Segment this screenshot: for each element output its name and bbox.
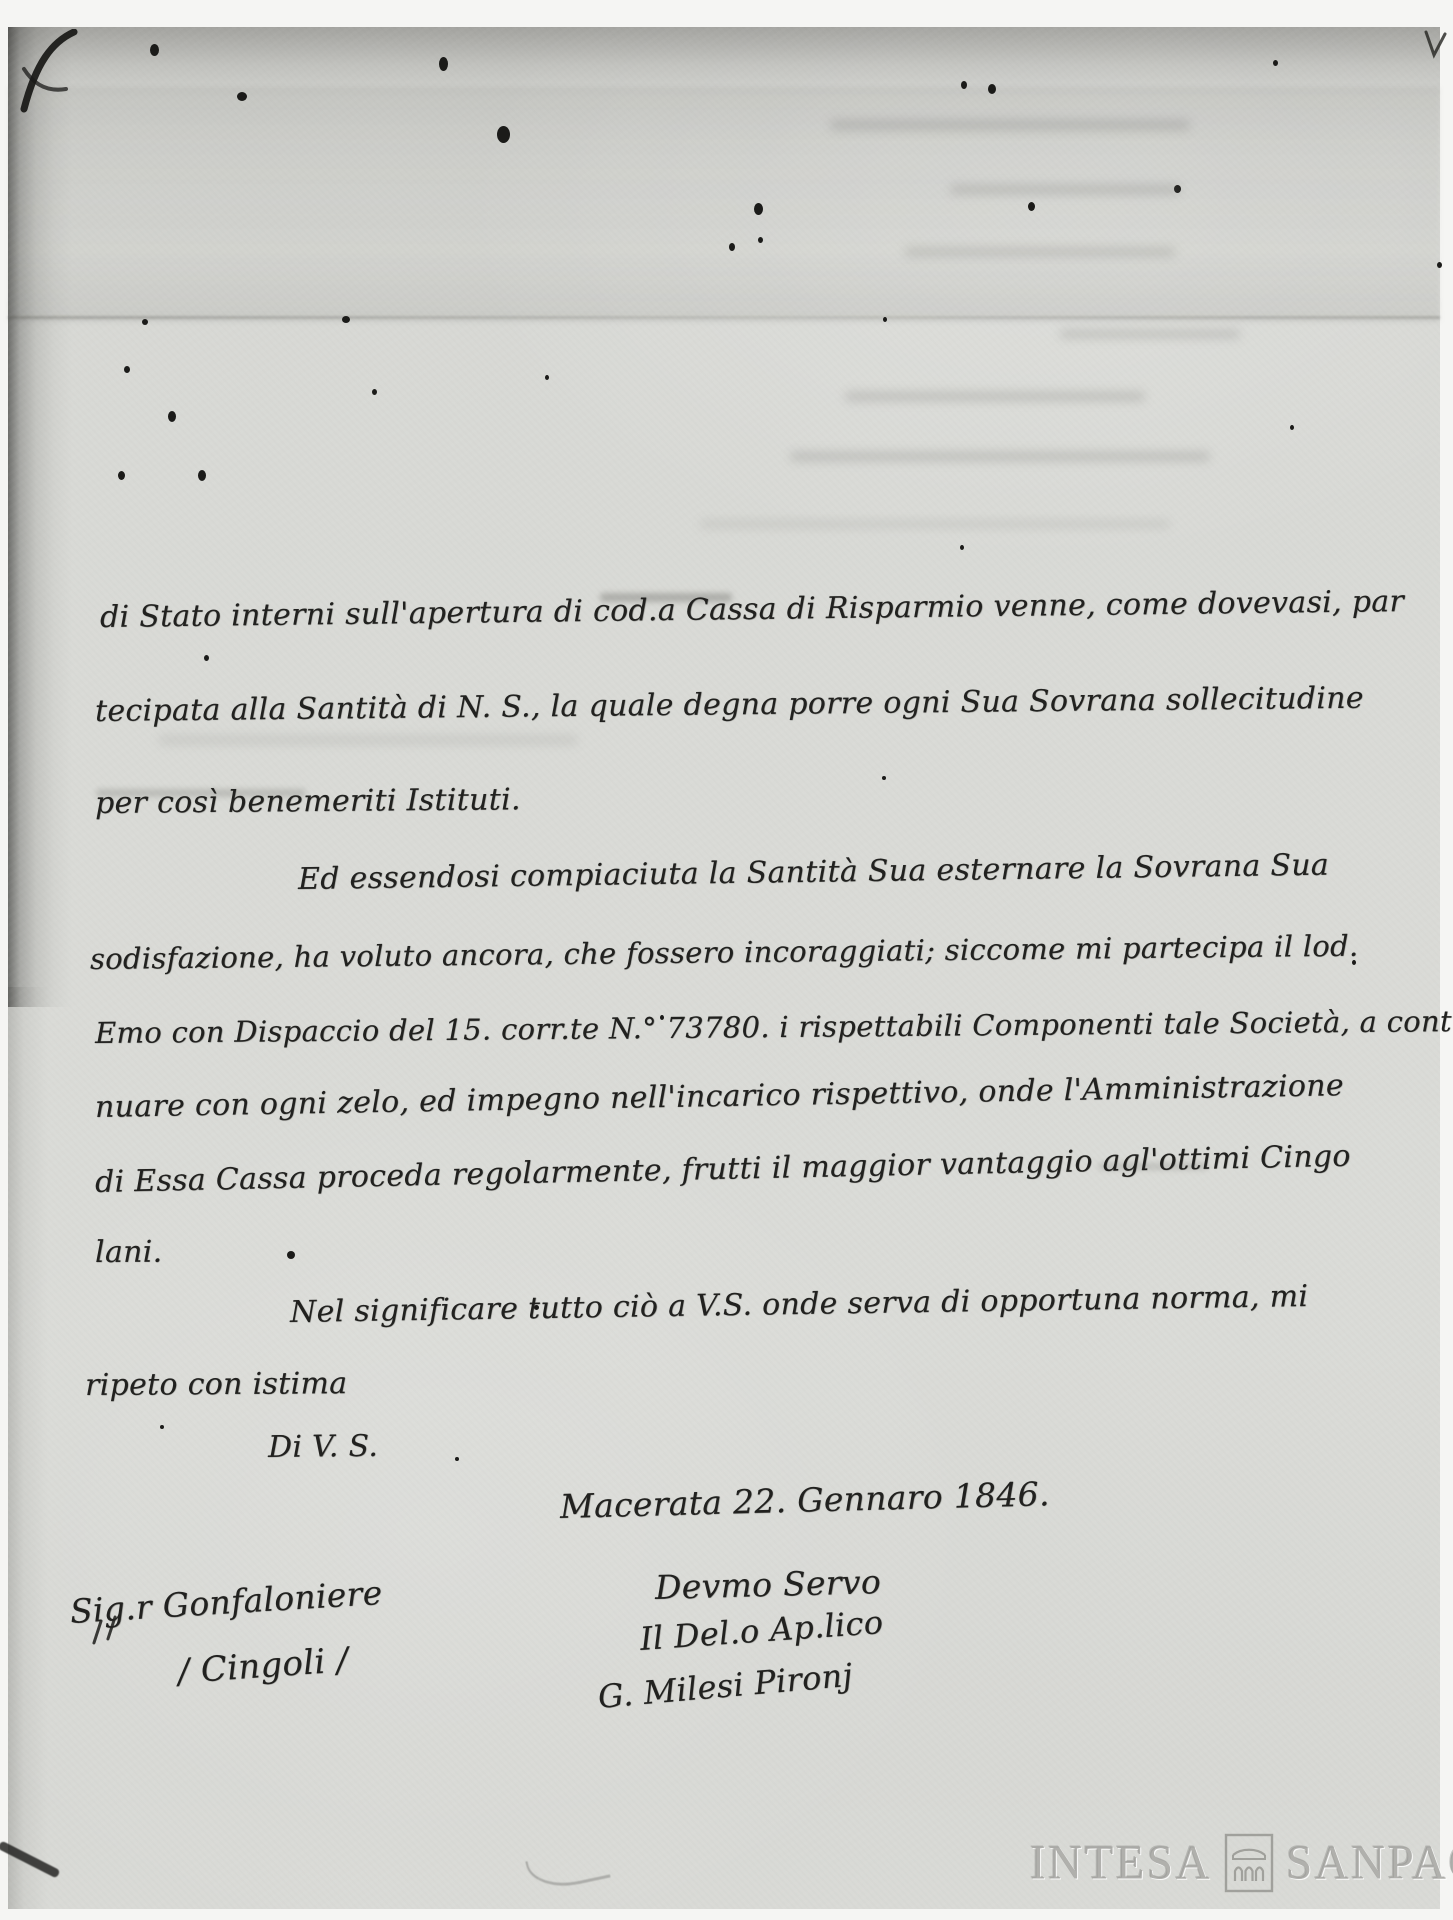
ghost-writing [905, 248, 1175, 256]
paper-fold-seam [8, 316, 1440, 319]
speck [237, 92, 247, 101]
ghost-writing [700, 520, 1170, 528]
speck [160, 1425, 164, 1429]
letter-line-03: per così benemeriti Istituti. [95, 782, 521, 821]
speck [124, 366, 130, 373]
letter-line-07: nuare con ogni zelo, ed impegno nell'inc… [95, 1068, 1344, 1125]
speck [142, 319, 148, 325]
letter-line-01: di Stato interni sull'apertura di cod.a … [100, 584, 1404, 635]
ghost-writing [950, 185, 1180, 194]
watermark-intesa-text: INTESA [1030, 1839, 1212, 1888]
speck [988, 84, 996, 94]
speck [960, 545, 964, 550]
speck [1437, 262, 1442, 268]
letter-line-08: di Essa Cassa proceda regolarmente, frut… [95, 1139, 1351, 1200]
speck [1028, 202, 1035, 211]
intesa-sanpaolo-watermark: INTESA SANPAOLO [1030, 1833, 1453, 1893]
addressee-place: / Cingoli / [177, 1640, 350, 1692]
speck [168, 411, 176, 422]
speck [287, 1251, 295, 1259]
speck [1290, 425, 1294, 430]
letter-photograph: di Stato interni sull'apertura di cod.a … [8, 27, 1440, 1909]
dateline: Macerata 22. Gennaro 1846. [559, 1474, 1050, 1526]
photo-left-edge-shadow-lower [8, 987, 48, 1909]
letter-line-06: Emo con Dispaccio del 15. corr.te N.° 73… [95, 1004, 1453, 1050]
speck [754, 203, 763, 215]
letter-line-11: ripeto con istima [85, 1366, 348, 1403]
ghost-writing [845, 392, 1145, 401]
ghost-writing [830, 120, 1190, 130]
corner-check-mark [1423, 29, 1449, 59]
speck [455, 1457, 459, 1461]
signature-office: Il Del.o Ap.lico [639, 1603, 885, 1658]
speck [497, 126, 510, 143]
intesa-sanpaolo-aqueduct-icon [1224, 1833, 1274, 1893]
archival-photo-page: di Stato interni sull'apertura di cod.a … [0, 0, 1453, 1920]
speck [198, 470, 206, 481]
letter-line-12: Di V. S. [268, 1429, 378, 1465]
letter-line-05: sodisfazione, ha voluto ancora, che foss… [90, 929, 1359, 976]
speck [883, 317, 887, 322]
speck [372, 389, 377, 395]
speck [204, 655, 209, 661]
letter-line-10: Nel significare tutto ciò a V.S. onde se… [290, 1279, 1309, 1330]
letter-line-04: Ed essendosi compiaciuta la Santità Sua … [298, 848, 1329, 897]
letter-line-02: tecipata alla Santità di N. S., la quale… [95, 681, 1364, 729]
speck [342, 316, 350, 323]
ghost-writing [790, 452, 1210, 461]
pencil-mark [525, 1845, 610, 1894]
signature-name: G. Milesi Pironj [596, 1656, 854, 1716]
speck [118, 471, 125, 480]
corner-crack-mark [14, 29, 92, 127]
ghost-writing [158, 735, 578, 745]
signature-title: Devmo Servo [654, 1562, 881, 1607]
watermark-sanpaolo-text: SANPAOLO [1286, 1839, 1453, 1888]
ghost-writing [1060, 330, 1240, 338]
speck [758, 237, 763, 243]
speck [545, 375, 549, 380]
speck [1273, 60, 1278, 66]
speck [150, 44, 159, 56]
speck [882, 776, 886, 780]
speck [729, 243, 735, 251]
speck [439, 57, 448, 71]
letter-line-09: lani. [95, 1235, 163, 1270]
photo-mottling [8, 87, 1440, 322]
speck [961, 81, 967, 89]
addressee-title: Sig.r Gonfaloniere [69, 1573, 384, 1631]
